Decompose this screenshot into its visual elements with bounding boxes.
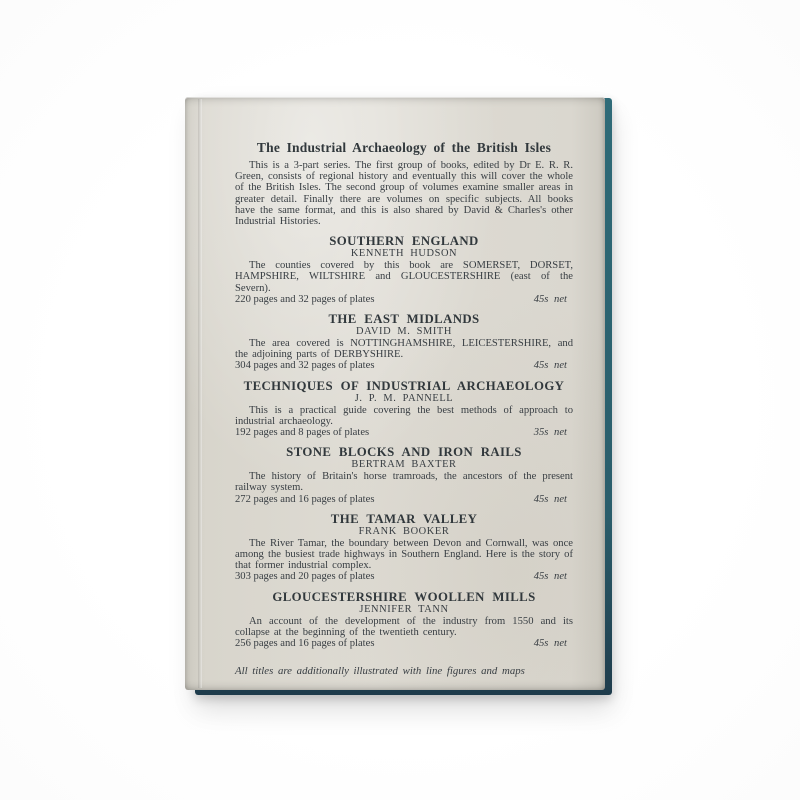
listing-price: 45s net xyxy=(534,571,573,582)
listing-description: The counties covered by this book are SO… xyxy=(235,260,573,294)
book-listing: TECHNIQUES OF INDUSTRIAL ARCHAEOLOGY J. … xyxy=(235,380,573,439)
listing-meta: 272 pages and 16 pages of plates 45s net xyxy=(235,494,573,505)
listing-description: The area covered is NOTTINGHAMSHIRE, LEI… xyxy=(235,338,573,360)
listing-price: 45s net xyxy=(534,494,573,505)
listing-description: The River Tamar, the boundary between De… xyxy=(235,538,573,572)
listing-title: STONE BLOCKS AND IRON RAILS xyxy=(235,446,573,459)
listing-pages: 192 pages and 8 pages of plates xyxy=(235,427,369,438)
listing-title: TECHNIQUES OF INDUSTRIAL ARCHAEOLOGY xyxy=(235,380,573,393)
listing-meta: 304 pages and 32 pages of plates 45s net xyxy=(235,360,573,371)
book-listing: STONE BLOCKS AND IRON RAILS BERTRAM BAXT… xyxy=(235,446,573,505)
listing-pages: 303 pages and 20 pages of plates xyxy=(235,571,374,582)
listing-description: The history of Britain's horse tramroads… xyxy=(235,471,573,493)
listing-meta: 256 pages and 16 pages of plates 45s net xyxy=(235,638,573,649)
footer-note: All titles are additionally illustrated … xyxy=(235,665,573,677)
listing-pages: 304 pages and 32 pages of plates xyxy=(235,360,374,371)
jacket-text-block: The Industrial Archaeology of the Britis… xyxy=(235,141,573,677)
listing-author: FRANK BOOKER xyxy=(235,526,573,537)
listing-price: 45s net xyxy=(534,638,573,649)
series-title: The Industrial Archaeology of the Britis… xyxy=(235,141,573,155)
listing-price: 35s net xyxy=(534,427,573,438)
listing-title: SOUTHERN ENGLAND xyxy=(235,235,573,248)
book-back-cover: The Industrial Archaeology of the Britis… xyxy=(185,97,605,690)
listing-author: JENNIFER TANN xyxy=(235,604,573,615)
listing-meta: 303 pages and 20 pages of plates 45s net xyxy=(235,571,573,582)
listing-meta: 192 pages and 8 pages of plates 35s net xyxy=(235,427,573,438)
listing-author: J. P. M. PANNELL xyxy=(235,393,573,404)
listing-author: BERTRAM BAXTER xyxy=(235,459,573,470)
book-listing: SOUTHERN ENGLAND KENNETH HUDSON The coun… xyxy=(235,235,573,305)
listing-pages: 220 pages and 32 pages of plates xyxy=(235,294,374,305)
listing-author: KENNETH HUDSON xyxy=(235,248,573,259)
book-listing: THE EAST MIDLANDS DAVID M. SMITH The are… xyxy=(235,313,573,372)
listing-pages: 272 pages and 16 pages of plates xyxy=(235,494,374,505)
book-listing: THE TAMAR VALLEY FRANK BOOKER The River … xyxy=(235,513,573,583)
series-intro: This is a 3-part series. The first group… xyxy=(235,160,573,227)
dust-jacket: The Industrial Archaeology of the Britis… xyxy=(185,97,605,690)
listing-author: DAVID M. SMITH xyxy=(235,326,573,337)
listing-pages: 256 pages and 16 pages of plates xyxy=(235,638,374,649)
listing-title: THE TAMAR VALLEY xyxy=(235,513,573,526)
listing-description: This is a practical guide covering the b… xyxy=(235,405,573,427)
listing-title: GLOUCESTERSHIRE WOOLLEN MILLS xyxy=(235,591,573,604)
jacket-fold-crease xyxy=(198,99,202,688)
listing-description: An account of the development of the ind… xyxy=(235,616,573,638)
listing-meta: 220 pages and 32 pages of plates 45s net xyxy=(235,294,573,305)
listing-price: 45s net xyxy=(534,360,573,371)
listing-title: THE EAST MIDLANDS xyxy=(235,313,573,326)
listing-price: 45s net xyxy=(534,294,573,305)
book-listing: GLOUCESTERSHIRE WOOLLEN MILLS JENNIFER T… xyxy=(235,591,573,650)
photo-background: The Industrial Archaeology of the Britis… xyxy=(0,0,800,800)
